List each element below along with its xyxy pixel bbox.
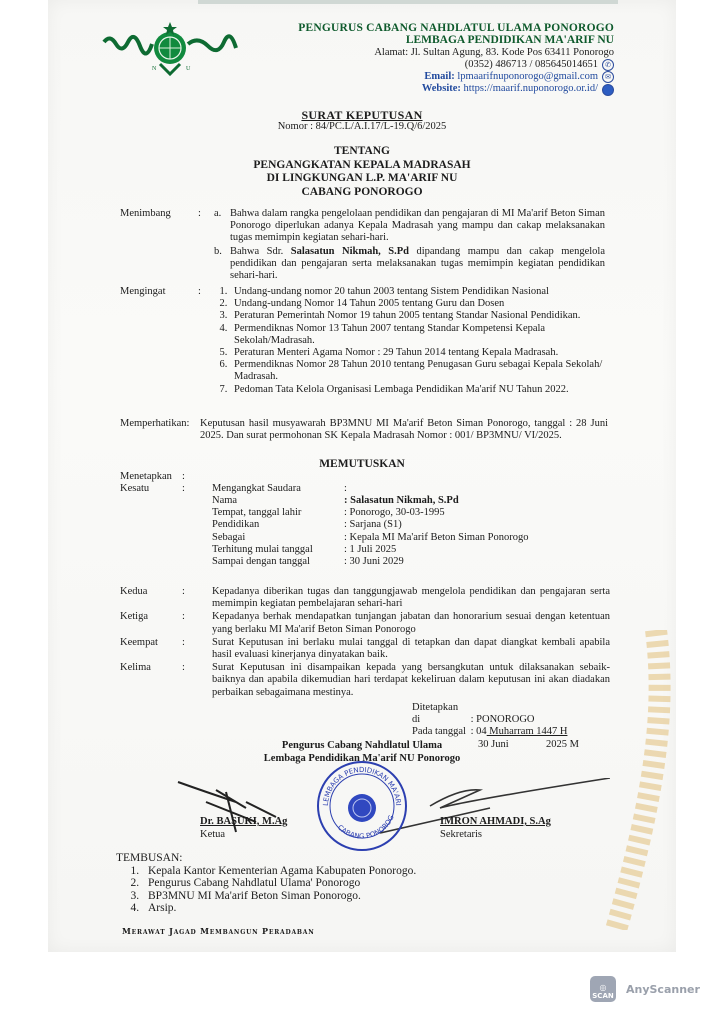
diktum-label: Ketiga — [120, 611, 148, 623]
globe-icon — [602, 84, 614, 96]
diktum-label: Keempat — [120, 637, 158, 649]
detail-row: Terhitung mulai tanggal: 1 Juli 2025 — [212, 544, 612, 556]
mengingat-item: Permendiknas Nomor 28 Tahun 2010 tentang… — [230, 359, 610, 383]
detail-label: Sebagai — [212, 532, 344, 544]
website-link[interactable]: https://maarif.nuponorogo.or.id/ — [464, 83, 598, 94]
tembusan-item: Pengurus Cabang Nahdlatul Ulama' Ponorog… — [142, 877, 416, 890]
address: Alamat: Jl. Sultan Agung, 83. Kode Pos 6… — [298, 47, 614, 59]
detail-label: Pendidikan — [212, 519, 344, 531]
colon: : — [182, 471, 185, 483]
diktum-section: Kedua:Kepadanya diberikan tugas dan tang… — [120, 586, 610, 696]
mengingat-item: Peraturan Pemerintah Nomor 19 tahun 2005… — [230, 310, 610, 322]
scan-badge-icon: ◎SCAN — [590, 976, 616, 1002]
kesatu-label: Kesatu — [120, 483, 149, 495]
ketua-role: Ketua — [200, 829, 287, 842]
svg-text:N: N — [152, 66, 157, 72]
diktum-text: Kepadanya diberikan tugas dan tanggungja… — [212, 586, 610, 610]
detail-label: Nama — [212, 495, 344, 507]
motto: Merawat Jagad Membangun Peradaban — [122, 926, 315, 936]
memutuskan-heading: MEMUTUSKAN — [48, 458, 676, 470]
colon: : — [344, 483, 347, 495]
subject-line: DI LINGKUNGAN L.P. MA'ARIF NU — [48, 172, 676, 186]
nu-logo-icon: N U — [100, 18, 240, 82]
institution-name: LEMBAGA PENDIDIKAN MA'ARIF NU — [298, 34, 614, 46]
subject-line: CABANG PONOROGO — [48, 186, 676, 200]
document-number: Nomor : 84/PC.L/A.I.17/L-19.Q/6/2025 — [48, 121, 676, 132]
diktum-item: Kedua:Kepadanya diberikan tugas dan tang… — [120, 586, 610, 610]
item-marker: a. — [214, 208, 221, 220]
whatsapp-icon: ✆ — [602, 59, 614, 71]
detail-row: Tempat, tanggal lahir: Ponorogo, 30-03-1… — [212, 507, 612, 519]
colon: : — [182, 611, 185, 623]
item-marker: b. — [214, 246, 222, 258]
colon: : — [182, 483, 185, 495]
detail-label: Tempat, tanggal lahir — [212, 507, 344, 519]
tembusan-list: Kepala Kantor Kementerian Agama Kabupate… — [116, 865, 416, 915]
diktum-item: Kelima:Surat Keputusan ini disampaikan k… — [120, 662, 610, 699]
svg-text:U: U — [186, 66, 191, 72]
detail-label: Sampai dengan tanggal — [212, 556, 344, 568]
diktum-text: Surat Keputusan ini disampaikan kepada y… — [212, 662, 610, 699]
official-stamp: LEMBAGA PENDIDIKAN MA'ARIF NU CABANG PON… — [316, 760, 408, 852]
place-value: : PONOROGO — [471, 714, 535, 725]
letterhead: PENGURUS CABANG NAHDLATUL ULAMA PONOROGO… — [298, 22, 614, 96]
org-name: PENGURUS CABANG NAHDLATUL ULAMA PONOROGO — [298, 22, 614, 34]
kesatu-intro: Mengangkat Saudara — [212, 483, 301, 495]
mengingat-item: Peraturan Menteri Agama Nomor : 29 Tahun… — [230, 347, 610, 359]
subject-line: PENGANGKATAN KEPALA MADRASAH — [48, 159, 676, 173]
email-link[interactable]: lpmaarifnuponorogo@gmail.com — [457, 71, 598, 82]
detail-value: : Salasatun Nikmah, S.Pd — [344, 495, 459, 507]
detail-row: Sebagai: Kepala MI Ma'arif Beton Siman P… — [212, 532, 612, 544]
mengingat-item: Pedoman Tata Kelola Organisasi Lembaga P… — [230, 384, 610, 396]
mengingat-label: Mengingat — [120, 286, 166, 298]
sekretaris-name: IMRON AHMADI, S.Ag — [440, 816, 551, 829]
memperhatikan-section: Memperhatikan: Keputusan hasil musyawara… — [120, 418, 610, 456]
detail-value: : Kepala MI Ma'arif Beton Siman Ponorogo — [344, 532, 528, 544]
mengingat-list: Undang-undang nomor 20 tahun 2003 tentan… — [214, 286, 610, 396]
detail-value: : 30 Juni 2029 — [344, 556, 404, 568]
diktum-text: Surat Keputusan ini berlaku mulai tangga… — [212, 637, 610, 661]
hijri-date: Muharram 1447 H — [487, 726, 568, 737]
tembusan-item: Arsip. — [142, 902, 416, 915]
menimbang-item-a: Bahwa dalam rangka pengelolaan pendidika… — [230, 208, 605, 245]
colon: : — [198, 208, 201, 220]
signatory-ketua: Dr. BASUKI, M.Ag Ketua — [200, 816, 287, 841]
ketua-name: Dr. BASUKI, M.Ag — [200, 816, 287, 829]
memperhatikan-label: Memperhatikan: — [120, 418, 189, 430]
phone: (0352) 486713 / 085645014651 — [465, 59, 598, 71]
detail-row: Nama: Salasatun Nikmah, S.Pd — [212, 495, 612, 507]
diktum-item: Ketiga:Kepadanya berhak mendapatkan tunj… — [120, 611, 610, 635]
memperhatikan-text: Keputusan hasil musyawarah BP3MNU MI Ma'… — [200, 418, 608, 442]
menetapkan-label: Menetapkan — [120, 471, 172, 483]
detail-label: Terhitung mulai tanggal — [212, 544, 344, 556]
colon: : — [182, 662, 185, 674]
email-label: Email: — [424, 71, 454, 82]
detail-value: : 1 Juli 2025 — [344, 544, 396, 556]
diktum-label: Kelima — [120, 662, 151, 674]
diktum-list: Kedua:Kepadanya diberikan tugas dan tang… — [120, 586, 610, 699]
menimbang-section: Menimbang : a. Bahwa dalam rangka pengel… — [120, 208, 605, 284]
detail-row: Sampai dengan tanggal: 30 Juni 2029 — [212, 556, 612, 568]
tembusan-item: Kepala Kantor Kementerian Agama Kabupate… — [142, 865, 416, 878]
scanner-app-name: AnyScanner — [626, 983, 700, 996]
menimbang-item-b: Bahwa Sdr. Salasatun Nikmah, S.Pd dipand… — [230, 246, 605, 283]
signatory-org-line: Pengurus Cabang Nahdlatul Ulama — [48, 740, 676, 753]
signatory-sekretaris: IMRON AHMADI, S.Ag Sekretaris — [440, 816, 551, 841]
colon: : — [182, 586, 185, 598]
diktum-text: Kepadanya berhak mendapatkan tunjangan j… — [212, 611, 610, 635]
hijri-day: : 04 — [471, 726, 487, 737]
anyscanner-watermark: ◎SCAN AnyScanner — [590, 976, 700, 1002]
mengingat-item: Undang-undang nomor 20 tahun 2003 tentan… — [230, 286, 610, 298]
tentang-label: TENTANG — [48, 145, 676, 159]
menimbang-label: Menimbang — [120, 208, 171, 220]
appointee-details: Nama: Salasatun Nikmah, S.PdTempat, tang… — [212, 495, 612, 568]
mengingat-section: Mengingat : Undang-undang nomor 20 tahun… — [120, 286, 610, 404]
kesatu-section: Menetapkan : Kesatu : Mengangkat Saudara… — [120, 471, 610, 579]
tembusan-section: TEMBUSAN: Kepala Kantor Kementerian Agam… — [116, 852, 416, 915]
email-icon: ✉ — [602, 71, 614, 83]
website-label: Website: — [422, 83, 461, 94]
detail-value: : Sarjana (S1) — [344, 519, 402, 531]
date-label: Pada tanggal — [412, 726, 468, 738]
scan-top-band — [198, 0, 618, 4]
diktum-item: Keempat:Surat Keputusan ini berlaku mula… — [120, 637, 610, 661]
mengingat-item: Undang-undang Nomor 14 Tahun 2005 tentan… — [230, 298, 610, 310]
tembusan-label: TEMBUSAN: — [116, 852, 416, 865]
document-subject: TENTANG PENGANGKATAN KEPALA MADRASAH DI … — [48, 145, 676, 199]
diktum-label: Kedua — [120, 586, 147, 598]
colon: : — [198, 286, 201, 298]
mengingat-item: Permendiknas Nomor 13 Tahun 2007 tentang… — [230, 323, 610, 347]
sekretaris-role: Sekretaris — [440, 829, 551, 842]
scanned-document-page: N U PENGURUS CABANG NAHDLATUL ULAMA PONO… — [48, 0, 676, 952]
tembusan-item: BP3MNU MI Ma'arif Beton Siman Ponorogo. — [142, 890, 416, 903]
detail-row: Pendidikan: Sarjana (S1) — [212, 519, 612, 531]
colon: : — [182, 637, 185, 649]
detail-value: : Ponorogo, 30-03-1995 — [344, 507, 445, 519]
place-label: Ditetapkan di — [412, 702, 468, 726]
